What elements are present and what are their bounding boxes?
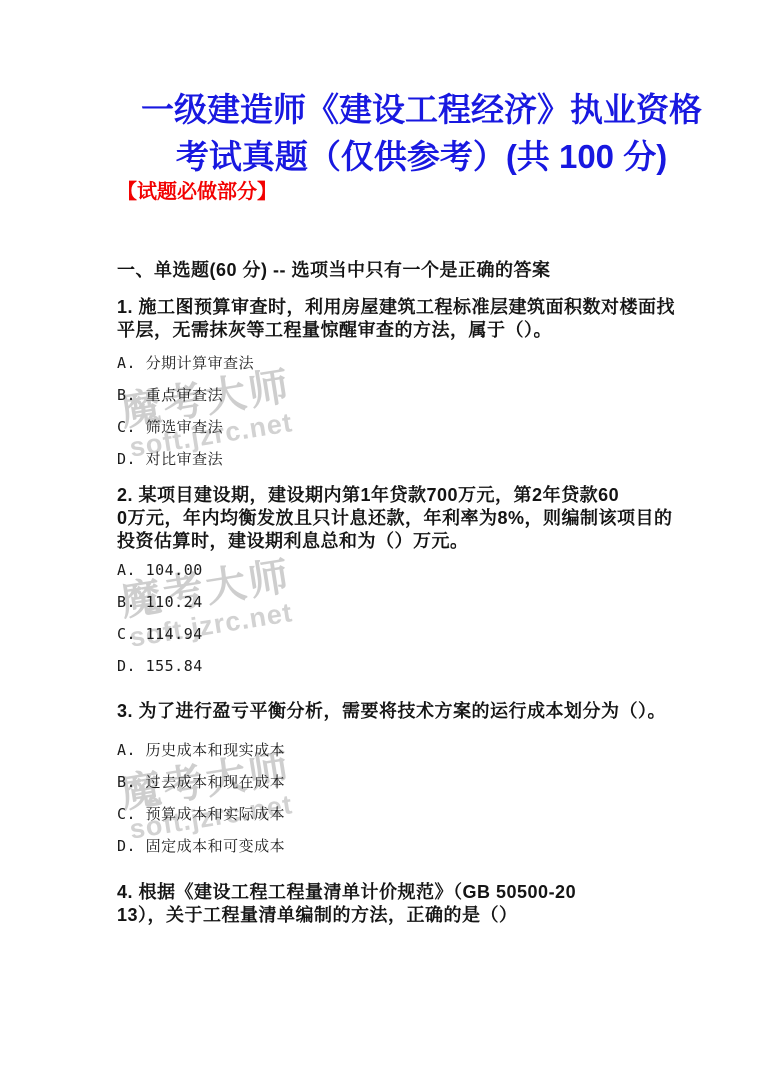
question-1-option-b: B. 重点审查法 [117, 388, 683, 403]
question-1-option-c: C. 筛选审查法 [117, 420, 683, 435]
question-1: 1. 施工图预算审查时，利用房屋建筑工程标准层建筑面积数对楼面找 平层，无需抹灰… [117, 296, 683, 467]
question-2-text: 2. 某项目建设期，建设期内第1年贷款700万元，第2年贷款60 0万元，年内均… [117, 484, 683, 553]
question-3-option-c: C. 预算成本和实际成本 [117, 807, 683, 822]
question-2-option-a: A. 104.00 [117, 563, 683, 578]
question-1-option-a: A. 分期计算审查法 [117, 356, 683, 371]
page-title: 一级建造师《建设工程经济》执业资格 考试真题（仅供参考）(共 100 分) [80, 86, 763, 180]
question-4-text: 4. 根据《建设工程工程量清单计价规范》（GB 50500-20 13），关于工… [117, 881, 683, 927]
question-2-option-b: B. 110.24 [117, 595, 683, 610]
section-heading: 一、单选题(60 分) -- 选项当中只有一个是正确的答案 [117, 259, 683, 281]
question-3-option-a: A. 历史成本和现实成本 [117, 743, 683, 758]
question-2-option-c: C. 114.94 [117, 627, 683, 642]
document-content: 一级建造师《建设工程经济》执业资格 考试真题（仅供参考）(共 100 分) 【试… [117, 86, 683, 927]
question-2: 2. 某项目建设期，建设期内第1年贷款700万元，第2年贷款60 0万元，年内均… [117, 484, 683, 674]
required-section-label: 【试题必做部分】 [117, 180, 683, 204]
question-1-option-d: D. 对比审查法 [117, 452, 683, 467]
question-3-options: A. 历史成本和现实成本 B. 过去成本和现在成本 C. 预算成本和实际成本 D… [117, 743, 683, 854]
question-3-option-b: B. 过去成本和现在成本 [117, 775, 683, 790]
question-3-text: 3. 为了进行盈亏平衡分析，需要将技术方案的运行成本划分为（）。 [117, 700, 683, 723]
exam-document-page: 魔考大师 soft.jzrc.net 魔考大师 soft.jzrc.net 魔考… [0, 0, 763, 1080]
question-1-options: A. 分期计算审查法 B. 重点审查法 C. 筛选审查法 D. 对比审查法 [117, 356, 683, 467]
question-3-option-d: D. 固定成本和可变成本 [117, 839, 683, 854]
question-3: 3. 为了进行盈亏平衡分析，需要将技术方案的运行成本划分为（）。 A. 历史成本… [117, 700, 683, 854]
question-2-option-d: D. 155.84 [117, 659, 683, 674]
question-1-text: 1. 施工图预算审查时，利用房屋建筑工程标准层建筑面积数对楼面找 平层，无需抹灰… [117, 296, 683, 342]
question-4: 4. 根据《建设工程工程量清单计价规范》（GB 50500-20 13），关于工… [117, 881, 683, 927]
question-2-options: A. 104.00 B. 110.24 C. 114.94 D. 155.84 [117, 563, 683, 674]
